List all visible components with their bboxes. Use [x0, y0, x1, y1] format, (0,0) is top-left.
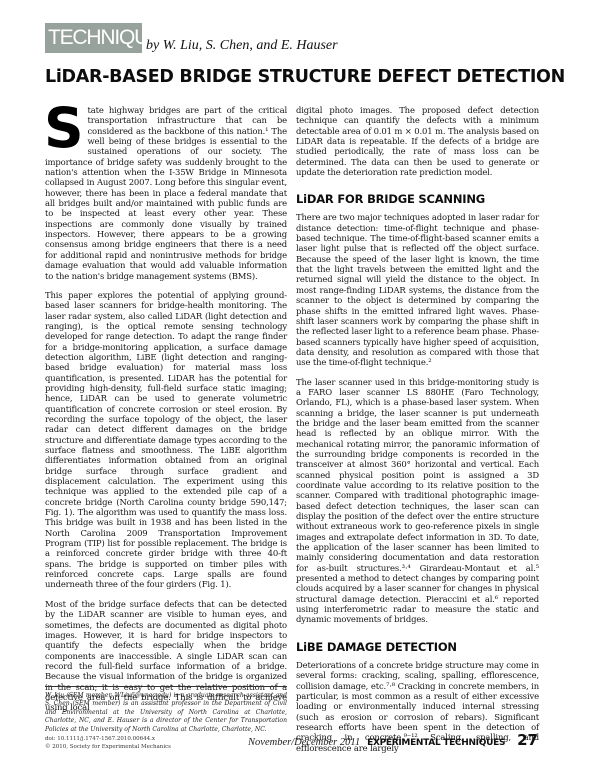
page-number: 27	[517, 731, 538, 749]
left-column: State highway bridges are part of the cr…	[45, 105, 287, 722]
body-paragraph: There are two major techniques adopted i…	[296, 212, 539, 367]
body-paragraph: This paper explores the potential of app…	[45, 290, 287, 590]
footnote-divider	[45, 686, 287, 687]
section-heading-libe-damage-detection: LiBE DAMAGE DETECTION	[296, 641, 539, 654]
article-title: LiDAR-BASED BRIDGE STRUCTURE DEFECT DETE…	[45, 67, 565, 87]
intro-paragraph: State highway bridges are part of the cr…	[45, 105, 287, 281]
copyright-text: © 2010, Society for Experimental Mechani…	[45, 743, 171, 751]
right-column: digital photo images. The proposed defec…	[296, 105, 539, 762]
dropcap-letter: S	[44, 106, 83, 150]
author-affiliation-footnote: W. Liu (SEM member, WLiu6@uncc.edu) is a…	[45, 692, 287, 734]
publication-info: doi: 10.1111/j.1747-1567.2010.00644.x © …	[45, 735, 171, 751]
body-paragraph: digital photo images. The proposed defec…	[296, 105, 539, 177]
author-byline: by W. Liu, S. Chen, and E. Hauser	[146, 38, 338, 54]
doi-text: doi: 10.1111/j.1747-1567.2010.00644.x	[45, 735, 171, 743]
section-badge: TECHNIQUES	[45, 23, 142, 53]
section-heading-lidar-scanning: LiDAR FOR BRIDGE SCANNING	[296, 193, 539, 206]
journal-name: EXPERIMENTAL TECHNIQUES	[367, 738, 505, 748]
body-paragraph: The laser scanner used in this bridge-mo…	[296, 377, 539, 625]
issue-date: November/December 2011	[248, 737, 360, 748]
page-footer: November/December 2011 EXPERIMENTAL TECH…	[248, 731, 538, 749]
